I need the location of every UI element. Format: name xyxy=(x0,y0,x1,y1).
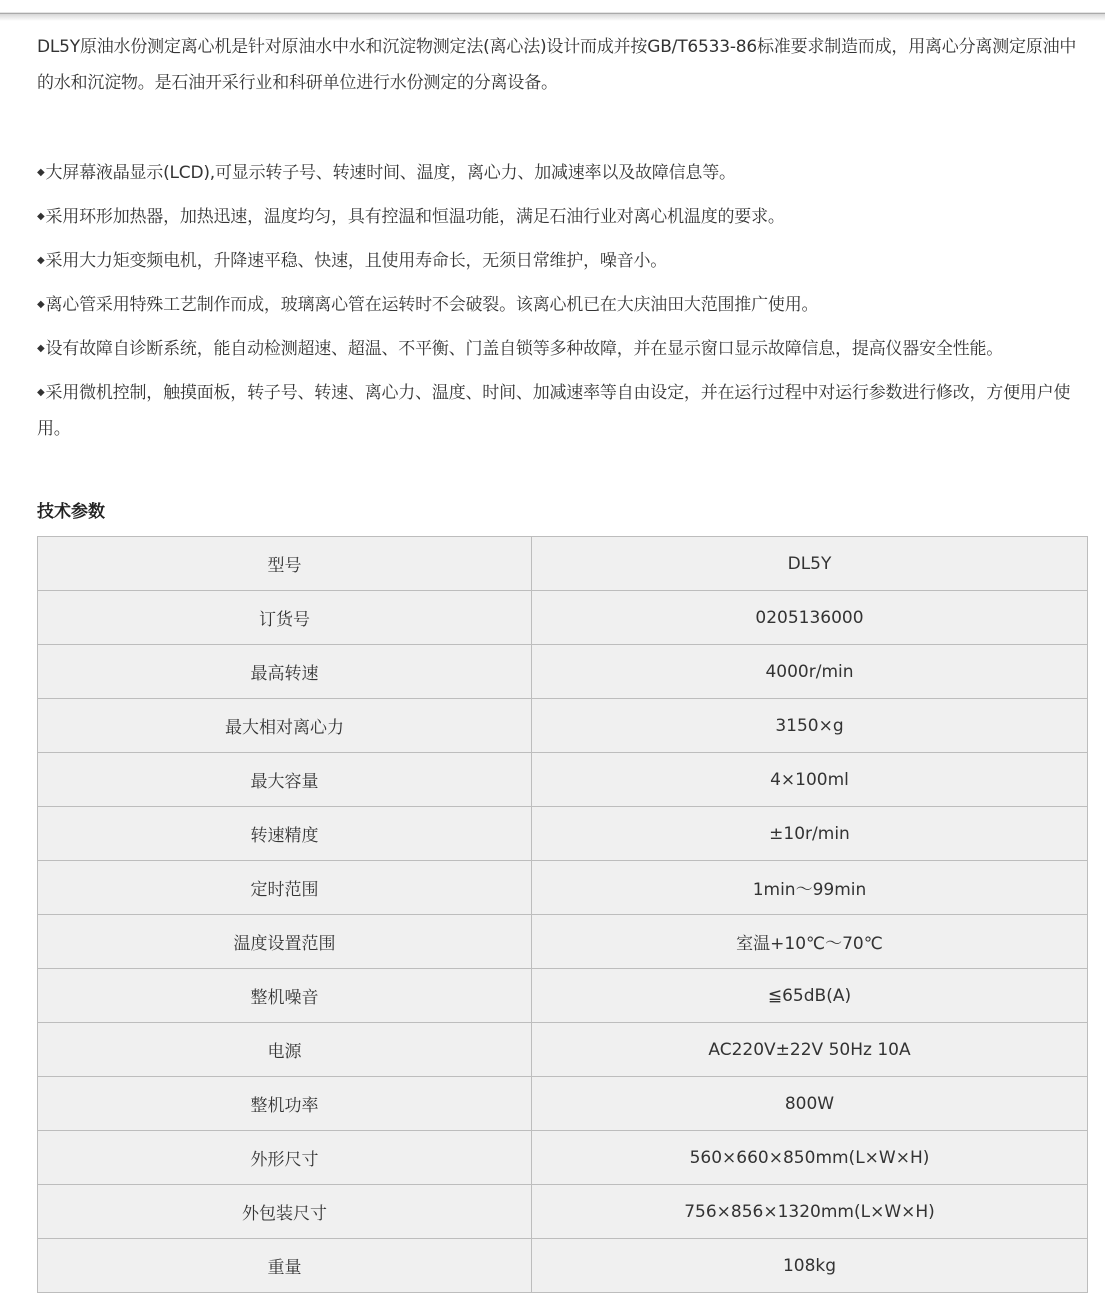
table-row: 电源AC220V±22V 50Hz 10A xyxy=(38,1023,1088,1077)
header-shadow-divider xyxy=(0,0,1105,14)
table-row: 温度设置范围室温+10℃～70℃ xyxy=(38,915,1088,969)
product-description: DL5Y原油水份测定离心机是针对原油水中水和沉淀物测定法(离心法)设计而成并按G… xyxy=(37,29,1087,455)
diamond-bullet-icon: ◆ xyxy=(37,387,45,398)
spec-value: 560×660×850mm(L×W×H) xyxy=(532,1131,1088,1185)
spec-value: ±10r/min xyxy=(532,807,1088,861)
diamond-bullet-icon: ◆ xyxy=(37,167,45,178)
feature-text: 设有故障自诊断系统，能自动检测超速、超温、不平衡、门盖自锁等多种故障，并在显示窗… xyxy=(46,339,1004,359)
table-row: 重量108kg xyxy=(38,1239,1088,1293)
spec-value: 室温+10℃～70℃ xyxy=(532,915,1088,969)
spec-value: 4×100ml xyxy=(532,753,1088,807)
feature-item: ◆采用大力矩变频电机，升降速平稳、快速，且使用寿命长，无须日常维护，噪音小。 xyxy=(37,243,1087,279)
spec-value: 4000r/min xyxy=(532,645,1088,699)
spec-label: 电源 xyxy=(38,1023,532,1077)
feature-text: 大屏幕液晶显示(LCD),可显示转子号、转速时间、温度，离心力、加减速率以及故障… xyxy=(46,163,736,183)
feature-item: ◆大屏幕液晶显示(LCD),可显示转子号、转速时间、温度，离心力、加减速率以及故… xyxy=(37,155,1087,191)
spec-value: DL5Y xyxy=(532,537,1088,591)
spec-label: 最大容量 xyxy=(38,753,532,807)
spec-label: 定时范围 xyxy=(38,861,532,915)
spec-value: ≦65dB(A) xyxy=(532,969,1088,1023)
spec-value: 800W xyxy=(532,1077,1088,1131)
specs-heading: 技术参数 xyxy=(37,497,105,522)
spec-value: 756×856×1320mm(L×W×H) xyxy=(532,1185,1088,1239)
spec-label: 外包装尺寸 xyxy=(38,1185,532,1239)
spec-label: 订货号 xyxy=(38,591,532,645)
spec-value: 0205136000 xyxy=(532,591,1088,645)
table-row: 最大容量4×100ml xyxy=(38,753,1088,807)
table-row: 外形尺寸560×660×850mm(L×W×H) xyxy=(38,1131,1088,1185)
feature-text: 离心管采用特殊工艺制作而成，玻璃离心管在运转时不会破裂。该离心机已在大庆油田大范… xyxy=(46,295,819,315)
feature-text: 采用环形加热器，加热迅速，温度均匀，具有控温和恒温功能，满足石油行业对离心机温度… xyxy=(46,207,785,227)
spec-label: 最高转速 xyxy=(38,645,532,699)
diamond-bullet-icon: ◆ xyxy=(37,343,45,354)
feature-item: ◆采用环形加热器，加热迅速，温度均匀，具有控温和恒温功能，满足石油行业对离心机温… xyxy=(37,199,1087,235)
spec-label: 整机噪音 xyxy=(38,969,532,1023)
table-row: 型号DL5Y xyxy=(38,537,1088,591)
spec-label: 型号 xyxy=(38,537,532,591)
feature-text: 采用微机控制，触摸面板，转子号、转速、离心力、温度、时间、加减速率等自由设定，并… xyxy=(37,383,1070,439)
spec-value: 3150×g xyxy=(532,699,1088,753)
table-row: 订货号0205136000 xyxy=(38,591,1088,645)
spec-label: 最大相对离心力 xyxy=(38,699,532,753)
spec-value: AC220V±22V 50Hz 10A xyxy=(532,1023,1088,1077)
spec-label: 外形尺寸 xyxy=(38,1131,532,1185)
spec-label: 整机功率 xyxy=(38,1077,532,1131)
table-row: 外包装尺寸756×856×1320mm(L×W×H) xyxy=(38,1185,1088,1239)
specs-table: 型号DL5Y 订货号0205136000 最高转速4000r/min 最大相对离… xyxy=(37,536,1088,1293)
table-row: 转速精度±10r/min xyxy=(38,807,1088,861)
spec-value: 1min～99min xyxy=(532,861,1088,915)
feature-item: ◆采用微机控制，触摸面板，转子号、转速、离心力、温度、时间、加减速率等自由设定，… xyxy=(37,375,1087,447)
table-row: 整机噪音≦65dB(A) xyxy=(38,969,1088,1023)
table-row: 最大相对离心力3150×g xyxy=(38,699,1088,753)
spec-label: 转速精度 xyxy=(38,807,532,861)
spec-label: 重量 xyxy=(38,1239,532,1293)
feature-list: ◆大屏幕液晶显示(LCD),可显示转子号、转速时间、温度，离心力、加减速率以及故… xyxy=(37,155,1087,447)
spec-label: 温度设置范围 xyxy=(38,915,532,969)
diamond-bullet-icon: ◆ xyxy=(37,299,45,310)
diamond-bullet-icon: ◆ xyxy=(37,211,45,222)
feature-text: 采用大力矩变频电机，升降速平稳、快速，且使用寿命长，无须日常维护，噪音小。 xyxy=(46,251,668,271)
feature-item: ◆设有故障自诊断系统，能自动检测超速、超温、不平衡、门盖自锁等多种故障，并在显示… xyxy=(37,331,1087,367)
table-row: 整机功率800W xyxy=(38,1077,1088,1131)
intro-paragraph: DL5Y原油水份测定离心机是针对原油水中水和沉淀物测定法(离心法)设计而成并按G… xyxy=(37,29,1087,101)
spec-value: 108kg xyxy=(532,1239,1088,1293)
table-row: 最高转速4000r/min xyxy=(38,645,1088,699)
table-row: 定时范围1min～99min xyxy=(38,861,1088,915)
feature-item: ◆离心管采用特殊工艺制作而成，玻璃离心管在运转时不会破裂。该离心机已在大庆油田大… xyxy=(37,287,1087,323)
diamond-bullet-icon: ◆ xyxy=(37,255,45,266)
